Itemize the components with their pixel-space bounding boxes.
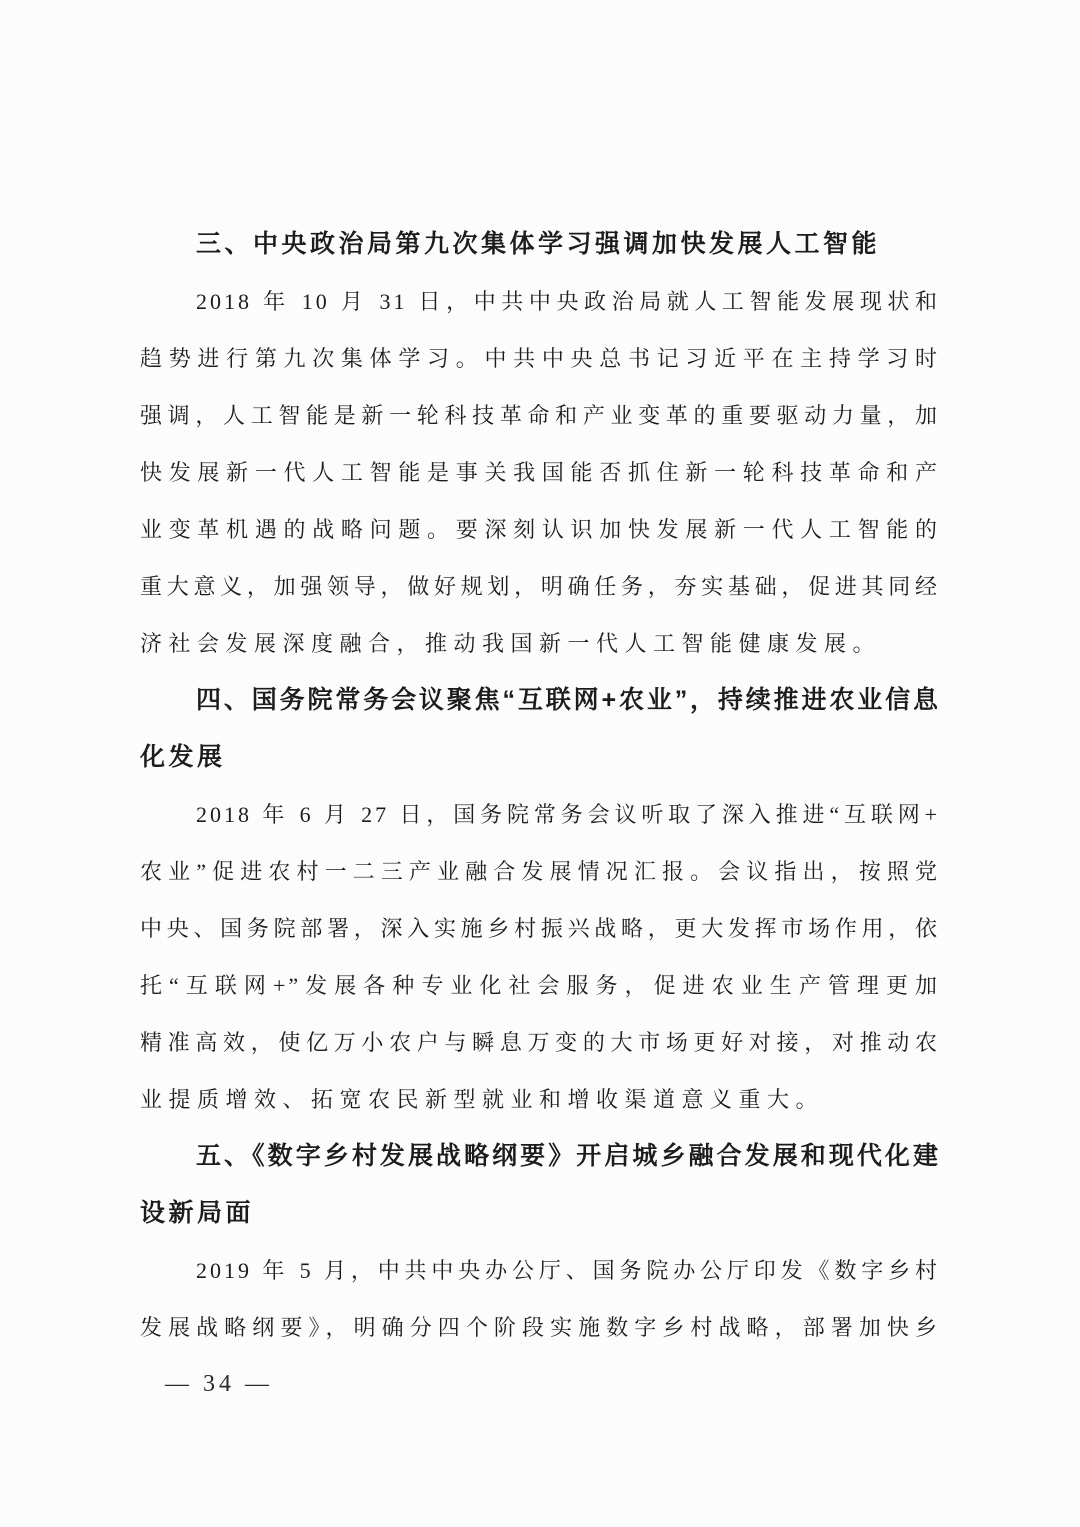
section-4: 四、国务院常务会议聚焦“互联网+农业”，持续推进农业信息 化发展 2018 年 …	[140, 672, 940, 1128]
section-heading-line: 化发展	[140, 729, 940, 786]
body-text-line: 业变革机遇的战略问题。要深刻认识加快发展新一代人工智能的	[140, 501, 940, 558]
body-text-line: 精准高效，使亿万小农户与瞬息万变的大市场更好对接，对推动农	[140, 1014, 940, 1071]
body-text-line: 2018 年 10 月 31 日，中共中央政治局就人工智能发展现状和	[140, 273, 940, 330]
document-content: 三、中央政治局第九次集体学习强调加快发展人工智能 2018 年 10 月 31 …	[140, 216, 940, 1402]
section-3: 三、中央政治局第九次集体学习强调加快发展人工智能 2018 年 10 月 31 …	[140, 216, 940, 672]
section-heading-line: 五、《数字乡村发展战略纲要》开启城乡融合发展和现代化建	[140, 1128, 940, 1185]
body-text-line: 中央、国务院部署，深入实施乡村振兴战略，更大发挥市场作用，依	[140, 900, 940, 957]
body-text-line: 趋势进行第九次集体学习。中共中央总书记习近平在主持学习时	[140, 330, 940, 387]
body-text-line: 快发展新一代人工智能是事关我国能否抓住新一轮科技革命和产	[140, 444, 940, 501]
body-text-line: 2018 年 6 月 27 日，国务院常务会议听取了深入推进“互联网+	[140, 786, 940, 843]
section-heading-line: 三、中央政治局第九次集体学习强调加快发展人工智能	[140, 216, 940, 273]
body-text-line: 业提质增效、拓宽农民新型就业和增收渠道意义重大。	[140, 1071, 940, 1128]
document-page: 三、中央政治局第九次集体学习强调加快发展人工智能 2018 年 10 月 31 …	[0, 0, 1080, 1527]
section-heading-line: 四、国务院常务会议聚焦“互联网+农业”，持续推进农业信息	[140, 672, 940, 729]
section-5: 五、《数字乡村发展战略纲要》开启城乡融合发展和现代化建 设新局面 2019 年 …	[140, 1128, 940, 1356]
section-heading-line: 设新局面	[140, 1185, 940, 1242]
body-text-line: 农业”促进农村一二三产业融合发展情况汇报。会议指出，按照党	[140, 843, 940, 900]
body-text-line: 托“互联网+”发展各种专业化社会服务，促进农业生产管理更加	[140, 957, 940, 1014]
body-text-line: 重大意义，加强领导，做好规划，明确任务，夯实基础，促进其同经	[140, 558, 940, 615]
body-text-line: 发展战略纲要》，明确分四个阶段实施数字乡村战略，部署加快乡	[140, 1299, 940, 1356]
body-text-line: 2019 年 5 月，中共中央办公厅、国务院办公厅印发《数字乡村	[140, 1242, 940, 1299]
page-number: — 34 —	[140, 1366, 940, 1402]
body-text-line: 强调，人工智能是新一轮科技革命和产业变革的重要驱动力量，加	[140, 387, 940, 444]
body-text-line: 济社会发展深度融合，推动我国新一代人工智能健康发展。	[140, 615, 940, 672]
